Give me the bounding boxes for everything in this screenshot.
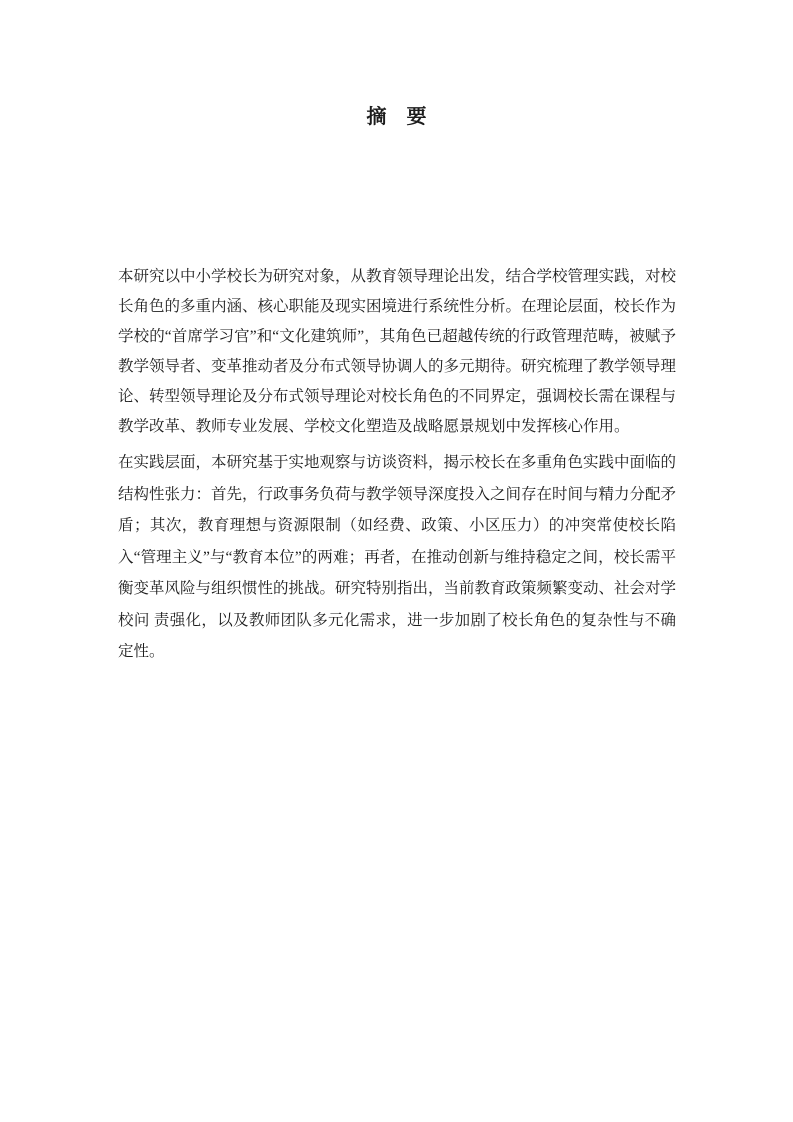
abstract-paragraph-practice: 在实践层面，本研究基于实地观察与访谈资料，揭示校长在多重角色实践中面临的结构性张…	[118, 447, 676, 668]
abstract-paragraph-theory: 本研究以中小学校长为研究对象，从教育领导理论出发，结合学校管理实践，对校长角色的…	[118, 262, 676, 442]
abstract-title: 摘 要	[0, 100, 793, 129]
abstract-body: 本研究以中小学校长为研究对象，从教育领导理论出发，结合学校管理实践，对校长角色的…	[118, 262, 676, 668]
document-page: 摘 要 本研究以中小学校长为研究对象，从教育领导理论出发，结合学校管理实践，对校…	[0, 0, 793, 1122]
